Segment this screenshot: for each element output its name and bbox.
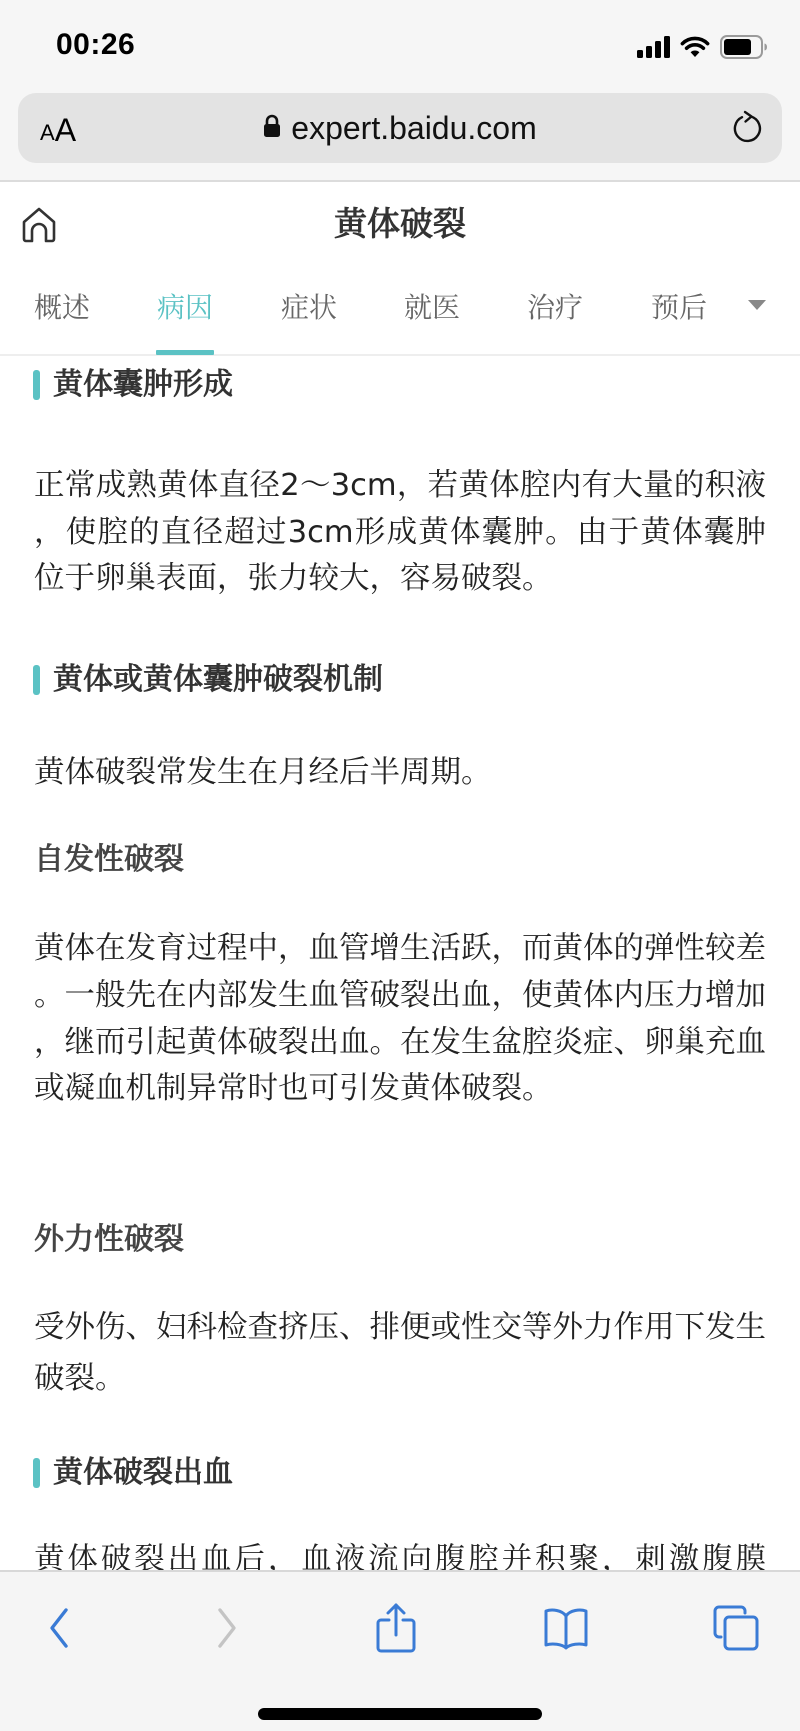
home-indicator[interactable] bbox=[258, 1708, 542, 1720]
tabs-button[interactable] bbox=[708, 1600, 764, 1656]
book-icon bbox=[542, 1606, 590, 1650]
tabs-icon bbox=[711, 1603, 761, 1653]
article-content: 黄体囊肿形成 正常成熟黄体直径2～3cm，若黄体腔内有大量的积液，使腔的直径超过… bbox=[0, 356, 800, 1570]
page-title: 黄体破裂 bbox=[0, 202, 800, 246]
share-button[interactable] bbox=[368, 1600, 424, 1656]
section-heading: 黄体囊肿形成 bbox=[33, 365, 233, 405]
active-tab-indicator bbox=[156, 350, 214, 355]
heading-marker bbox=[33, 665, 40, 695]
battery-icon bbox=[720, 35, 768, 59]
tab-causes[interactable]: 病因 bbox=[157, 288, 213, 328]
page-header: 黄体破裂 bbox=[0, 184, 800, 264]
dropdown-triangle-icon[interactable] bbox=[748, 300, 766, 310]
lock-icon bbox=[263, 114, 281, 142]
reload-button[interactable] bbox=[730, 110, 766, 146]
section-heading: 黄体破裂出血 bbox=[33, 1453, 233, 1493]
tab-see-doctor[interactable]: 就医 bbox=[404, 288, 460, 328]
chevron-left-icon bbox=[44, 1606, 74, 1650]
tab-overview[interactable]: 概述 bbox=[34, 288, 90, 328]
wifi-icon bbox=[680, 36, 710, 58]
address-bar[interactable]: AA expert.baidu.com bbox=[18, 93, 782, 163]
paragraph: 受外伤、妇科检查挤压、排便或性交等外力作用下发生破裂。 bbox=[34, 1302, 766, 1404]
paragraph: 黄体破裂常发生在月经后半周期。 bbox=[34, 749, 766, 797]
paragraph: 黄体破裂出血后，血液流向腹腔并积聚，刺激腹膜 bbox=[34, 1536, 766, 1570]
heading-marker bbox=[33, 370, 40, 400]
tab-prognosis[interactable]: 预后 bbox=[651, 288, 707, 328]
forward-button[interactable] bbox=[199, 1600, 255, 1656]
bookmarks-button[interactable] bbox=[538, 1600, 594, 1656]
status-time: 00:26 bbox=[56, 28, 135, 62]
browser-chrome: 00:26 AA bbox=[0, 0, 800, 182]
subsection-heading: 外力性破裂 bbox=[34, 1220, 184, 1260]
paragraph: 正常成熟黄体直径2～3cm，若黄体腔内有大量的积液，使腔的直径超过3cm形成黄体… bbox=[34, 463, 766, 603]
back-button[interactable] bbox=[31, 1600, 87, 1656]
share-icon bbox=[375, 1602, 417, 1654]
subsection-heading: 自发性破裂 bbox=[34, 840, 184, 880]
cellular-signal-icon bbox=[637, 36, 670, 58]
section-tabs: 概述 病因 症状 就医 治疗 预后 bbox=[0, 264, 800, 356]
tab-treatment[interactable]: 治疗 bbox=[527, 288, 583, 328]
url-display[interactable]: expert.baidu.com bbox=[18, 93, 782, 163]
heading-marker bbox=[33, 1458, 40, 1488]
section-heading: 黄体或黄体囊肿破裂机制 bbox=[33, 660, 383, 700]
browser-toolbar bbox=[0, 1570, 800, 1731]
status-icons bbox=[637, 34, 768, 60]
paragraph: 黄体在发育过程中，血管增生活跃，而黄体的弹性较差。一般先在内部发生血管破裂出血，… bbox=[34, 926, 766, 1113]
url-text: expert.baidu.com bbox=[291, 110, 536, 147]
chevron-right-icon bbox=[212, 1606, 242, 1650]
reload-icon bbox=[730, 110, 766, 146]
tab-symptoms[interactable]: 症状 bbox=[281, 288, 337, 328]
